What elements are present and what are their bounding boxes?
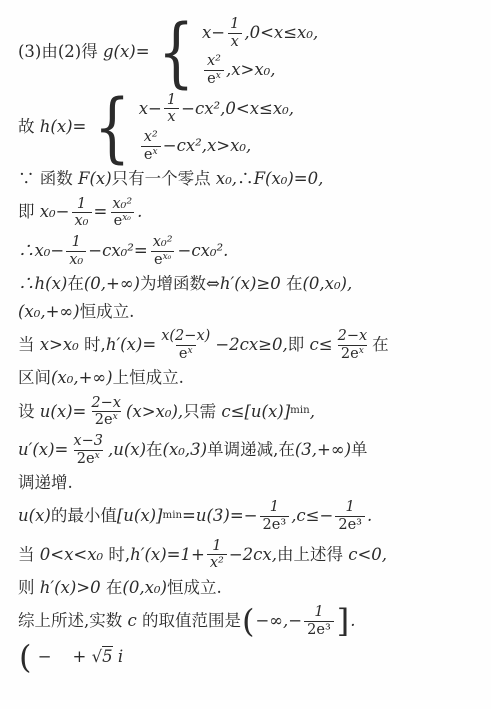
fraction: 2−x2ex [335, 328, 371, 362]
math-run: 1 [314, 604, 323, 621]
roman-run: 2e³ [338, 517, 362, 534]
text-run: 则 [18, 578, 40, 599]
text-run: 设 [18, 402, 40, 423]
line-h-prime-positive: 则 h′(x)>0 在(0,x₀)恒成立. [18, 576, 483, 600]
math-run: c<0, [348, 545, 387, 566]
piecewise-cases: {x−1x,0<x≤x₀,x²ex,x>x₀, [152, 16, 319, 88]
fraction-denominator: 2ex [92, 411, 121, 429]
fraction: 1x₀ [66, 234, 86, 268]
fraction: x(2−x)ex [158, 328, 213, 362]
math-run: x₀, [216, 169, 237, 190]
math-run: (0,+∞) [84, 274, 140, 295]
math-run: h′(x)=1+ [130, 545, 205, 566]
math-run: (x₀,3) [163, 440, 208, 461]
fraction-denominator: ex [204, 70, 224, 88]
math-run: c [128, 611, 137, 632]
text-run: 当 [18, 545, 40, 566]
text-run: 时, [103, 545, 130, 566]
math-run: 1 [230, 16, 239, 33]
math-run: x₀ [69, 252, 83, 269]
cases-row: x²ex−cx²,x>x₀, [139, 129, 252, 163]
radicand: 5 [102, 646, 113, 668]
text-run: ∴ [237, 169, 254, 190]
math-run: h′(x)>0 [40, 578, 101, 599]
fraction-numerator: 1 [209, 538, 224, 555]
text-run: 单调递减,在 [207, 440, 295, 461]
line-substituted-equation: ∴x₀−1x₀−cx₀²=x₀²ex₀−cx₀². [18, 234, 483, 268]
fraction-denominator: x₀ [66, 251, 86, 269]
math-run: 2−x [91, 395, 121, 412]
superscript: x [188, 346, 193, 356]
math-run: F(x) [78, 169, 112, 190]
text-run: (3)由(2)得 [18, 42, 103, 63]
fraction-numerator: 1 [267, 499, 282, 516]
cases-brace: { [94, 96, 130, 158]
text-run: 为增函数 [140, 274, 206, 295]
text-run: 调递增. [18, 473, 73, 494]
math-run: 1 [77, 196, 86, 213]
math-run: ⇔h′(x)≥0 [206, 274, 281, 295]
line-monotonicity-condition-1: ∴h(x)在(0,+∞)为增函数⇔h′(x)≥0 在(0,x₀), [18, 272, 483, 296]
line-conclusion: 综上所述,实数 c 的取值范围是(−∞,−12e³]. [18, 604, 483, 638]
text-run: 恒成立. [167, 578, 222, 599]
fraction-denominator: ex₀ [111, 212, 134, 230]
fraction: x−32ex [70, 433, 106, 467]
text-run: 在 [281, 274, 303, 295]
fraction-denominator: 2ex [74, 450, 103, 468]
math-run: −cx²,0<x≤x₀, [181, 99, 294, 120]
text-run: 单 [351, 440, 368, 461]
line-u-minimum: u(x)的最小值[u(x)]min=u(3)=−12e³,c≤−12e³. [18, 499, 483, 533]
fraction-numerator: 1 [311, 604, 326, 621]
roman-run: 2e [341, 346, 359, 363]
math-run: h′(x)= [106, 335, 156, 356]
math-run: i [113, 647, 124, 668]
fraction-numerator: x−3 [70, 433, 106, 450]
superscript: x₀ [163, 252, 172, 262]
math-run: x− [139, 99, 162, 120]
math-run: x [231, 34, 239, 51]
fraction: 1x² [207, 538, 227, 572]
fraction-denominator: 2e³ [260, 516, 290, 534]
fraction-numerator: x² [141, 129, 161, 146]
math-run: x² [210, 555, 224, 572]
text-run: 即 [288, 335, 310, 356]
math-run: x>x₀ [40, 335, 79, 356]
text-run: 即 [18, 202, 40, 223]
math-run: −2cx≥0, [215, 335, 287, 356]
math-run: . [350, 611, 355, 632]
line-bottom-cutoff-fragment: ( − + √5 i [18, 643, 483, 672]
math-run: ,u(x) [108, 440, 146, 461]
text-run: 在 [101, 578, 123, 599]
text-run: 在 [146, 440, 163, 461]
fraction: 12e³ [335, 499, 365, 533]
roman-run: e [114, 213, 123, 230]
math-run: = [94, 202, 108, 223]
fraction: x₀²ex₀ [150, 234, 176, 268]
math-run: 1 [270, 499, 279, 516]
fraction: 2−x2ex [88, 395, 124, 429]
math-run: 1 [72, 234, 81, 251]
math-run: g(x)= [103, 42, 150, 63]
fraction-denominator: ex₀ [151, 251, 174, 269]
fraction: 12e³ [260, 499, 290, 533]
math-run: h(x)= [40, 117, 87, 138]
text-run: 的最小值 [51, 506, 117, 527]
math-run: . [367, 506, 372, 527]
fraction-denominator: ex [141, 146, 161, 164]
text-run: 综上所述,实数 [18, 611, 128, 632]
fraction-denominator: x₀ [72, 212, 92, 230]
text-run: 的取值范围是 [137, 611, 241, 632]
line-case-x-greater: 当 x>x₀ 时,h′(x)=x(2−x)ex−2cx≥0,即 c≤2−x2ex… [18, 328, 483, 362]
roman-run: e [154, 252, 163, 269]
fraction-numerator: 1 [69, 234, 84, 251]
roman-run: e [207, 71, 216, 88]
solution-document: (3)由(2)得 g(x)={x−1x,0<x≤x₀,x²ex,x>x₀,故 h… [0, 0, 491, 709]
line-h-definition: 故 h(x)={x−1x−cx²,0<x≤x₀,x²ex−cx²,x>x₀, [18, 92, 483, 164]
cases-row: x−1x,0<x≤x₀, [202, 16, 318, 50]
math-run: c≤[u(x)] [221, 402, 290, 423]
math-run: x₀² [112, 196, 132, 213]
fraction-denominator: x² [207, 554, 227, 572]
fraction-denominator: 2ex [338, 345, 367, 363]
text-run: 只有一个零点 [112, 169, 216, 190]
math-run: (0,x₀) [122, 578, 167, 599]
fraction-numerator: x₀² [150, 234, 176, 251]
math-run: c≤ [310, 335, 333, 356]
math-run: x(2−x) [161, 328, 210, 345]
text-run: 恒成立. [80, 302, 135, 323]
math-run: x² [144, 129, 158, 146]
math-run: −2cx, [229, 545, 277, 566]
math-run: 1 [346, 499, 355, 516]
fraction-denominator: ex [176, 345, 196, 363]
line-g-definition: (3)由(2)得 g(x)={x−1x,0<x≤x₀,x²ex,x>x₀, [18, 16, 483, 88]
radical-sign: √ [92, 647, 103, 668]
fraction-numerator: 1 [343, 499, 358, 516]
piecewise-cases: {x−1x−cx²,0<x≤x₀,x²ex−cx²,x>x₀, [88, 92, 294, 164]
fraction: x²ex [141, 129, 161, 163]
line-u-derivative: u′(x)=x−32ex,u(x)在(x₀,3)单调递减,在(3,+∞)单 [18, 433, 483, 467]
math-run: (0,x₀), [302, 274, 352, 295]
superscript: x [216, 71, 221, 81]
fraction: x₀²ex₀ [109, 196, 135, 230]
math-run: F(x₀)=0, [254, 169, 324, 190]
cases-rows: x−1x,0<x≤x₀,x²ex,x>x₀, [202, 16, 318, 88]
roman-run: 2e³ [307, 622, 331, 639]
math-run: u′(x)= [18, 440, 68, 461]
math-run: x₀² [153, 234, 173, 251]
text-run: 上恒成立. [113, 368, 184, 389]
cases-row: x−1x−cx²,0<x≤x₀, [139, 92, 294, 126]
math-run: x² [207, 53, 221, 70]
line-zero-point-statement: ∵ 函数 F(x)只有一个零点 x₀,∴F(x₀)=0, [18, 168, 483, 192]
line-monotonicity-condition-2: (x₀,+∞)恒成立. [18, 300, 483, 324]
math-run: ,c≤− [291, 506, 333, 527]
superscript: x [153, 147, 158, 157]
cases-row: x²ex,x>x₀, [202, 53, 276, 87]
math-run: x₀− [40, 202, 70, 223]
fraction-numerator: 1 [74, 196, 89, 213]
math-run: x− [202, 23, 225, 44]
line-interval-holds: 区间(x₀,+∞)上恒成立. [18, 367, 483, 391]
math-run: 0<x<x₀ [40, 545, 103, 566]
math-run: x₀ [75, 213, 89, 230]
math-run: x−3 [73, 433, 103, 450]
math-run: u(x) [18, 506, 51, 527]
math-run: 1 [212, 538, 221, 555]
cases-rows: x−1x−cx²,0<x≤x₀,x²ex−cx²,x>x₀, [139, 92, 294, 164]
roman-run: e [179, 346, 188, 363]
math-run: − + [32, 647, 91, 668]
text-run: 故 [18, 117, 40, 138]
text-run: 当 [18, 335, 40, 356]
fraction-numerator: x(2−x) [158, 328, 213, 345]
fraction-denominator: 2e³ [335, 516, 365, 534]
text-run: 由上述得 [277, 545, 348, 566]
text-run: 只需 [183, 402, 221, 423]
math-run: (x₀,+∞) [18, 302, 80, 323]
fraction-numerator: 2−x [335, 328, 371, 345]
subscript: min [290, 405, 310, 418]
math-run: [u(x)] [117, 506, 163, 527]
math-run: ∴x₀− [18, 241, 64, 262]
text-run: 在 [372, 335, 389, 356]
text-run: ∵ 函数 [18, 169, 78, 190]
superscript: x₀ [122, 213, 131, 223]
math-run: u(x)= [40, 402, 87, 423]
math-run: x [167, 109, 175, 126]
math-run: (3,+∞) [295, 440, 351, 461]
text-run: 时, [79, 335, 106, 356]
fraction: 1x [227, 16, 242, 50]
roman-run: 2e [77, 451, 95, 468]
line-case-x-smaller: 当 0<x<x₀ 时,h′(x)=1+1x²−2cx,由上述得 c<0, [18, 538, 483, 572]
line-u-increasing: 调递增. [18, 471, 483, 495]
roman-run: e [144, 147, 153, 164]
fraction-numerator: x² [204, 53, 224, 70]
radical: √5 [92, 646, 113, 668]
math-run: (x>x₀), [126, 402, 183, 423]
superscript: x [95, 451, 100, 461]
math-run: (x₀,+∞) [51, 368, 113, 389]
fraction-denominator: x [228, 33, 242, 51]
math-run: ∴h(x) [18, 274, 67, 295]
text-run: 区间 [18, 368, 51, 389]
math-run: ,x>x₀, [226, 60, 276, 81]
fraction-numerator: 2−x [88, 395, 124, 412]
fraction: x²ex [204, 53, 224, 87]
line-zero-point-equation: 即 x₀−1x₀=x₀²ex₀. [18, 196, 483, 230]
fraction-numerator: x₀² [109, 196, 135, 213]
fraction: 1x [164, 92, 179, 126]
math-run: ,0<x≤x₀, [244, 23, 318, 44]
fraction: 12e³ [304, 604, 334, 638]
big-delimiter: ] [337, 607, 349, 636]
math-run: 2−x [338, 328, 368, 345]
fraction-denominator: x [164, 108, 178, 126]
math-run: =u(3)=− [182, 506, 257, 527]
fraction-numerator: 1 [227, 16, 242, 33]
math-run: −cx₀²= [88, 241, 147, 262]
cases-brace: { [158, 21, 194, 83]
roman-run: 2e [95, 412, 113, 429]
big-delimiter: ( [242, 607, 254, 636]
text-run: 在 [67, 274, 84, 295]
math-run: , [310, 402, 315, 423]
fraction-denominator: 2e³ [304, 621, 334, 639]
superscript: x [359, 346, 364, 356]
line-u-definition: 设 u(x)=2−x2ex(x>x₀),只需 c≤[u(x)]min, [18, 395, 483, 429]
big-delimiter: ( [19, 643, 31, 672]
math-run: −cx²,x>x₀, [163, 136, 252, 157]
math-run: −cx₀². [178, 241, 229, 262]
superscript: x [113, 412, 118, 422]
roman-run: 2e³ [263, 517, 287, 534]
fraction: 1x₀ [72, 196, 92, 230]
subscript: min [163, 510, 183, 523]
math-run: . [137, 202, 142, 223]
math-run: −∞,− [255, 611, 302, 632]
